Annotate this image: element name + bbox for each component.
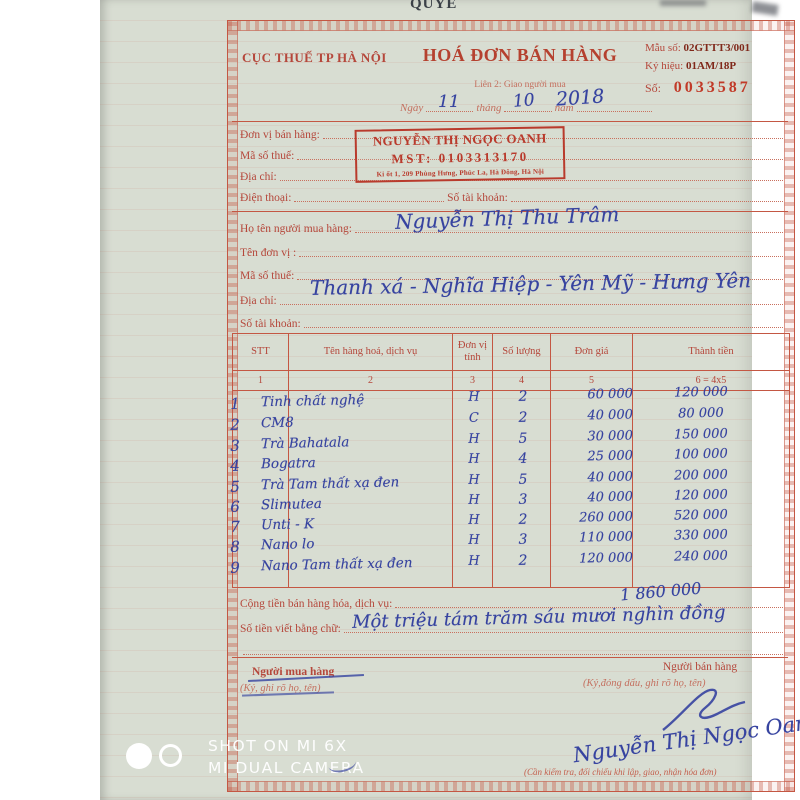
- total-label: Cộng tiền bán hàng hóa, dịch vụ:: [240, 598, 392, 610]
- form-number-line: Mẫu số: 02GTTT3/001: [645, 42, 750, 54]
- buyer-unit-line: Tên đơn vị :: [240, 246, 786, 259]
- photo-canvas: QUYỂ CỤC THUẾ TP HÀ NỘI HOÁ ĐƠN BÁN HÀNG…: [0, 0, 800, 800]
- seller-signature-title: Người bán hàng: [605, 661, 795, 673]
- col-header-unit: Đơn vị tính: [453, 334, 493, 371]
- check-note: (Cần kiểm tra, đối chiếu khi lập, giao, …: [524, 767, 717, 777]
- amount-in-words-label: Số tiền viết bằng chữ:: [240, 623, 341, 635]
- handwritten-day: 11: [438, 92, 460, 112]
- invoice-number-label: Số:: [645, 81, 661, 95]
- ink-smudge: [751, 1, 778, 16]
- seller-phone-label: Điện thoại:: [240, 192, 291, 204]
- form-label: Mẫu số:: [645, 42, 681, 54]
- header-divider: [232, 121, 788, 122]
- copy-note: Liên 2: Giao người mua: [390, 80, 650, 90]
- seller-address-label: Địa chỉ:: [240, 171, 277, 183]
- symbol-line: Ký hiệu: 01AM/18P: [645, 60, 736, 72]
- stamp-mst: MST: 0103313170: [361, 148, 559, 167]
- invoice-number-value: 0033587: [674, 79, 751, 96]
- seller-phone-line: Điện thoại: Số tài khoản:: [240, 191, 786, 204]
- camera-watermark-line1: SHOT ON MI 6X: [208, 737, 348, 755]
- form-value: 02GTTT3/001: [684, 42, 751, 54]
- signature-divider: [232, 657, 788, 658]
- col-header-amount: Thành tiền: [633, 334, 789, 371]
- col-header-qty: Số lượng: [493, 334, 551, 371]
- col-header-price: Đơn giá: [551, 334, 633, 371]
- seller-unit-label: Đơn vị bán hàng:: [240, 129, 320, 141]
- camera-watermark-dot-icon: [126, 743, 152, 769]
- tax-office: CỤC THUẾ TP HÀ NỘI: [242, 50, 387, 66]
- buyer-unit-label: Tên đơn vị :: [240, 247, 296, 259]
- items-table: STT Tên hàng hoá, dịch vụ Đơn vị tính Số…: [232, 333, 790, 588]
- buyer-address-label: Địa chỉ:: [240, 295, 277, 307]
- frame-pattern-top: [228, 21, 794, 31]
- date-month-label: tháng: [476, 102, 501, 114]
- stamp-address: Ki ốt 1, 209 Phùng Hưng, Phúc La, Hà Đôn…: [361, 167, 559, 178]
- seller-account-label: Số tài khoản:: [447, 192, 508, 204]
- handwritten-month: 10: [512, 90, 535, 112]
- seller-stamp: NGUYỄN THỊ NGỌC OANH MST: 0103313170 Ki …: [355, 126, 566, 183]
- col-header-name: Tên hàng hoá, dịch vụ: [289, 334, 453, 371]
- col-index: 1: [233, 371, 289, 391]
- invoice-number-line: Số: 0033587: [645, 79, 751, 97]
- buyer-account-label: Số tài khoản:: [240, 318, 301, 330]
- blank-dotted-line: [240, 644, 786, 657]
- buyer-name-label: Họ tên người mua hàng:: [240, 223, 352, 235]
- date-prefix: Ngày: [400, 102, 423, 114]
- handwritten-year: 2018: [555, 85, 605, 110]
- symbol-value: 01AM/18P: [686, 60, 736, 72]
- seller-tax-label: Mã số thuế:: [240, 150, 294, 162]
- col-index: 3: [453, 371, 493, 391]
- frame-pattern-bottom: [228, 781, 794, 791]
- invoice-title: HOÁ ĐƠN BÁN HÀNG: [390, 45, 650, 66]
- ink-smudge: [660, 0, 706, 6]
- camera-watermark-ring-icon: [159, 744, 182, 767]
- stamp-name: NGUYỄN THỊ NGỌC OANH: [361, 130, 559, 149]
- book-label: QUYỂ: [410, 0, 457, 13]
- col-index: 2: [289, 371, 453, 391]
- symbol-label: Ký hiệu:: [645, 60, 683, 72]
- col-header-stt: STT: [233, 334, 289, 371]
- invoice-paper: QUYỂ CỤC THUẾ TP HÀ NỘI HOÁ ĐƠN BÁN HÀNG…: [100, 0, 752, 800]
- buyer-tax-label: Mã số thuế:: [240, 270, 294, 282]
- table-header-row: STT Tên hàng hoá, dịch vụ Đơn vị tính Số…: [233, 334, 789, 371]
- buyer-account-line: Số tài khoản:: [240, 317, 786, 330]
